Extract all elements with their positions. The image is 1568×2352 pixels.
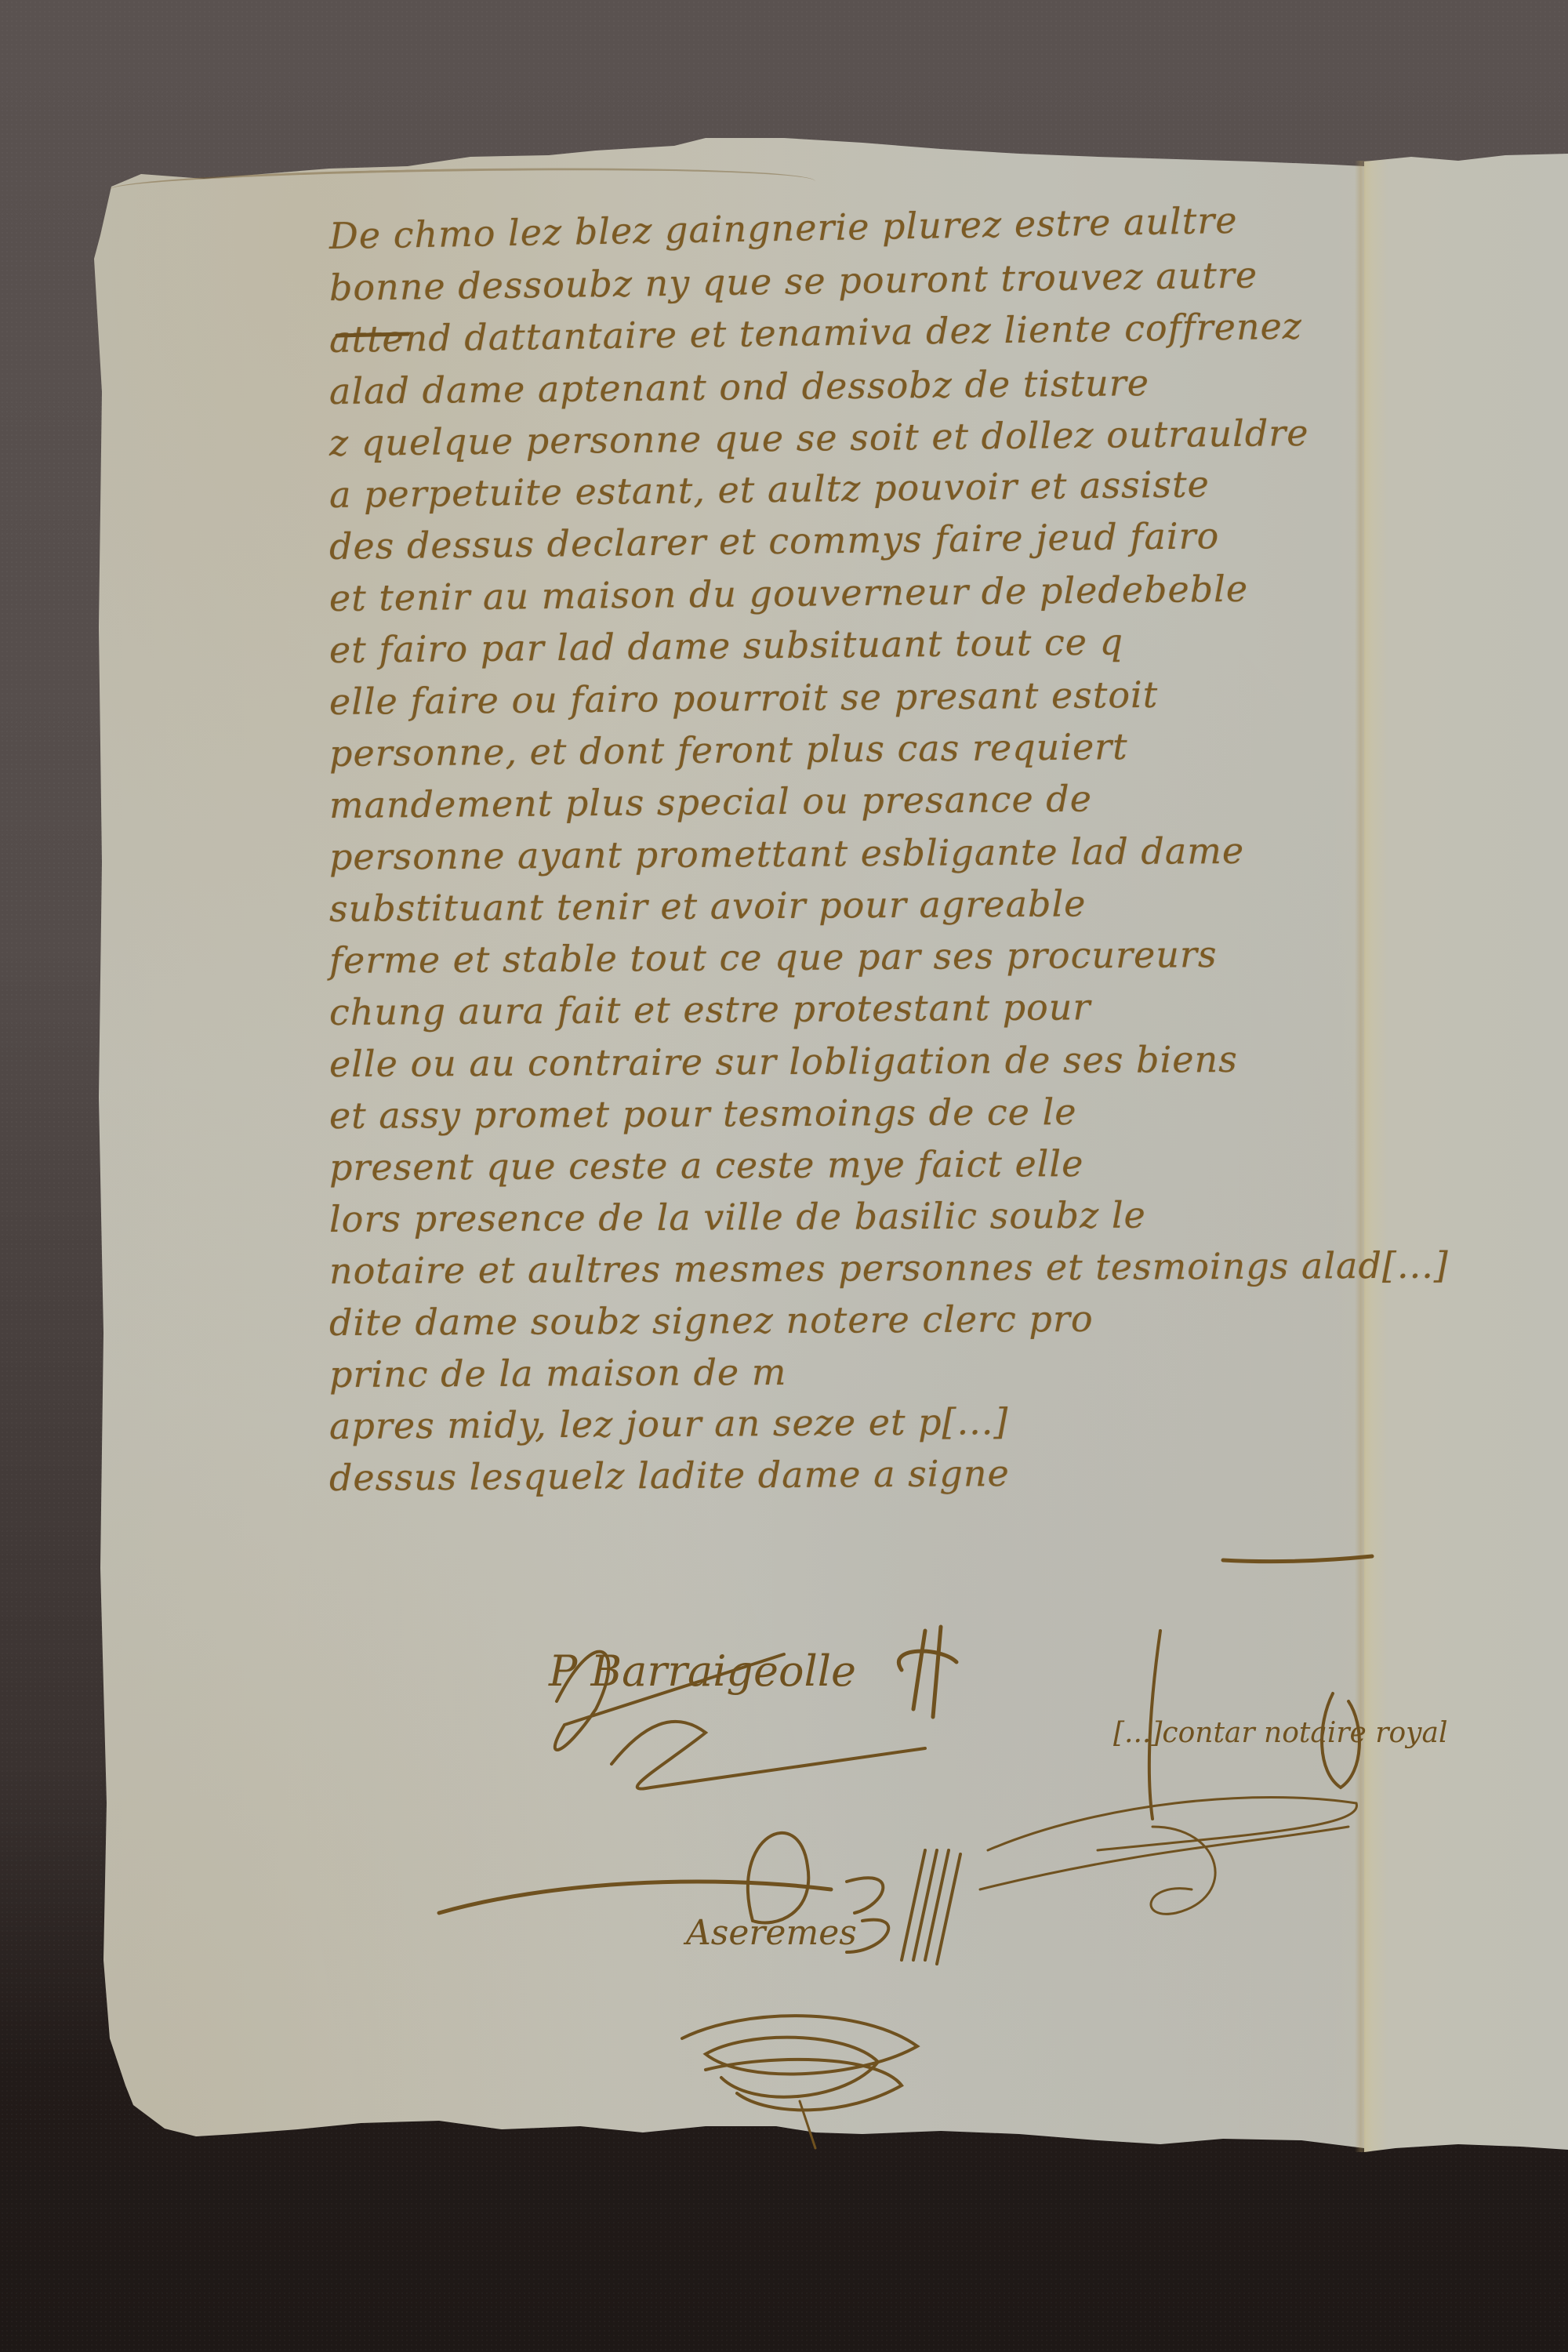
manuscript-line: chung aura fait et estre protestant pour (329, 979, 1372, 1038)
signature-barraigeolle: P Barraigeolle (549, 1646, 856, 1696)
manuscript-line: princ de la maison de m (329, 1343, 1372, 1400)
manuscript-line: ferme et stable tout ce que par ses proc… (329, 927, 1372, 986)
signature-notary: [...]contar notaire royal (1113, 1717, 1447, 1750)
manuscript-text: De chmo lez blez gaingnerie plurez estre… (329, 210, 1372, 1504)
manuscript-line: substituant tenir et avoir pour agreable (329, 876, 1372, 935)
manuscript-line: notaire et aultres mesmes personnes et t… (329, 1240, 1372, 1297)
manuscript-line: apres midy, lez jour an seze et p[...] (329, 1393, 1372, 1452)
manuscript-line: mandement plus special ou presance de (329, 770, 1373, 831)
manuscript-line: elle faire ou fairo pourroit se presant … (329, 666, 1373, 728)
manuscript-line: elle ou au contraire sur lobligation de … (329, 1033, 1372, 1090)
manuscript-right-page (1364, 0, 1568, 2352)
manuscript-line: present que ceste a ceste mye faict elle (329, 1136, 1372, 1193)
manuscript-line: personne ayant promettant esbligante lad… (329, 824, 1372, 883)
manuscript-line: dessus lesquelz ladite dame a signe (329, 1445, 1372, 1504)
manuscript-line: et assy promet pour tesmoings de ce le (329, 1084, 1372, 1142)
manuscript-line: lors presence de la ville de basilic sou… (329, 1188, 1372, 1245)
manuscript-line: et fairo par lad dame subsituant tout ce… (329, 613, 1373, 676)
manuscript-line: dite dame soubz signez notere clerc pro (329, 1291, 1372, 1348)
manuscript-line: personne, et dont feront plus cas requie… (329, 718, 1373, 779)
signature-aseremes: Aseremes (686, 1913, 857, 1953)
